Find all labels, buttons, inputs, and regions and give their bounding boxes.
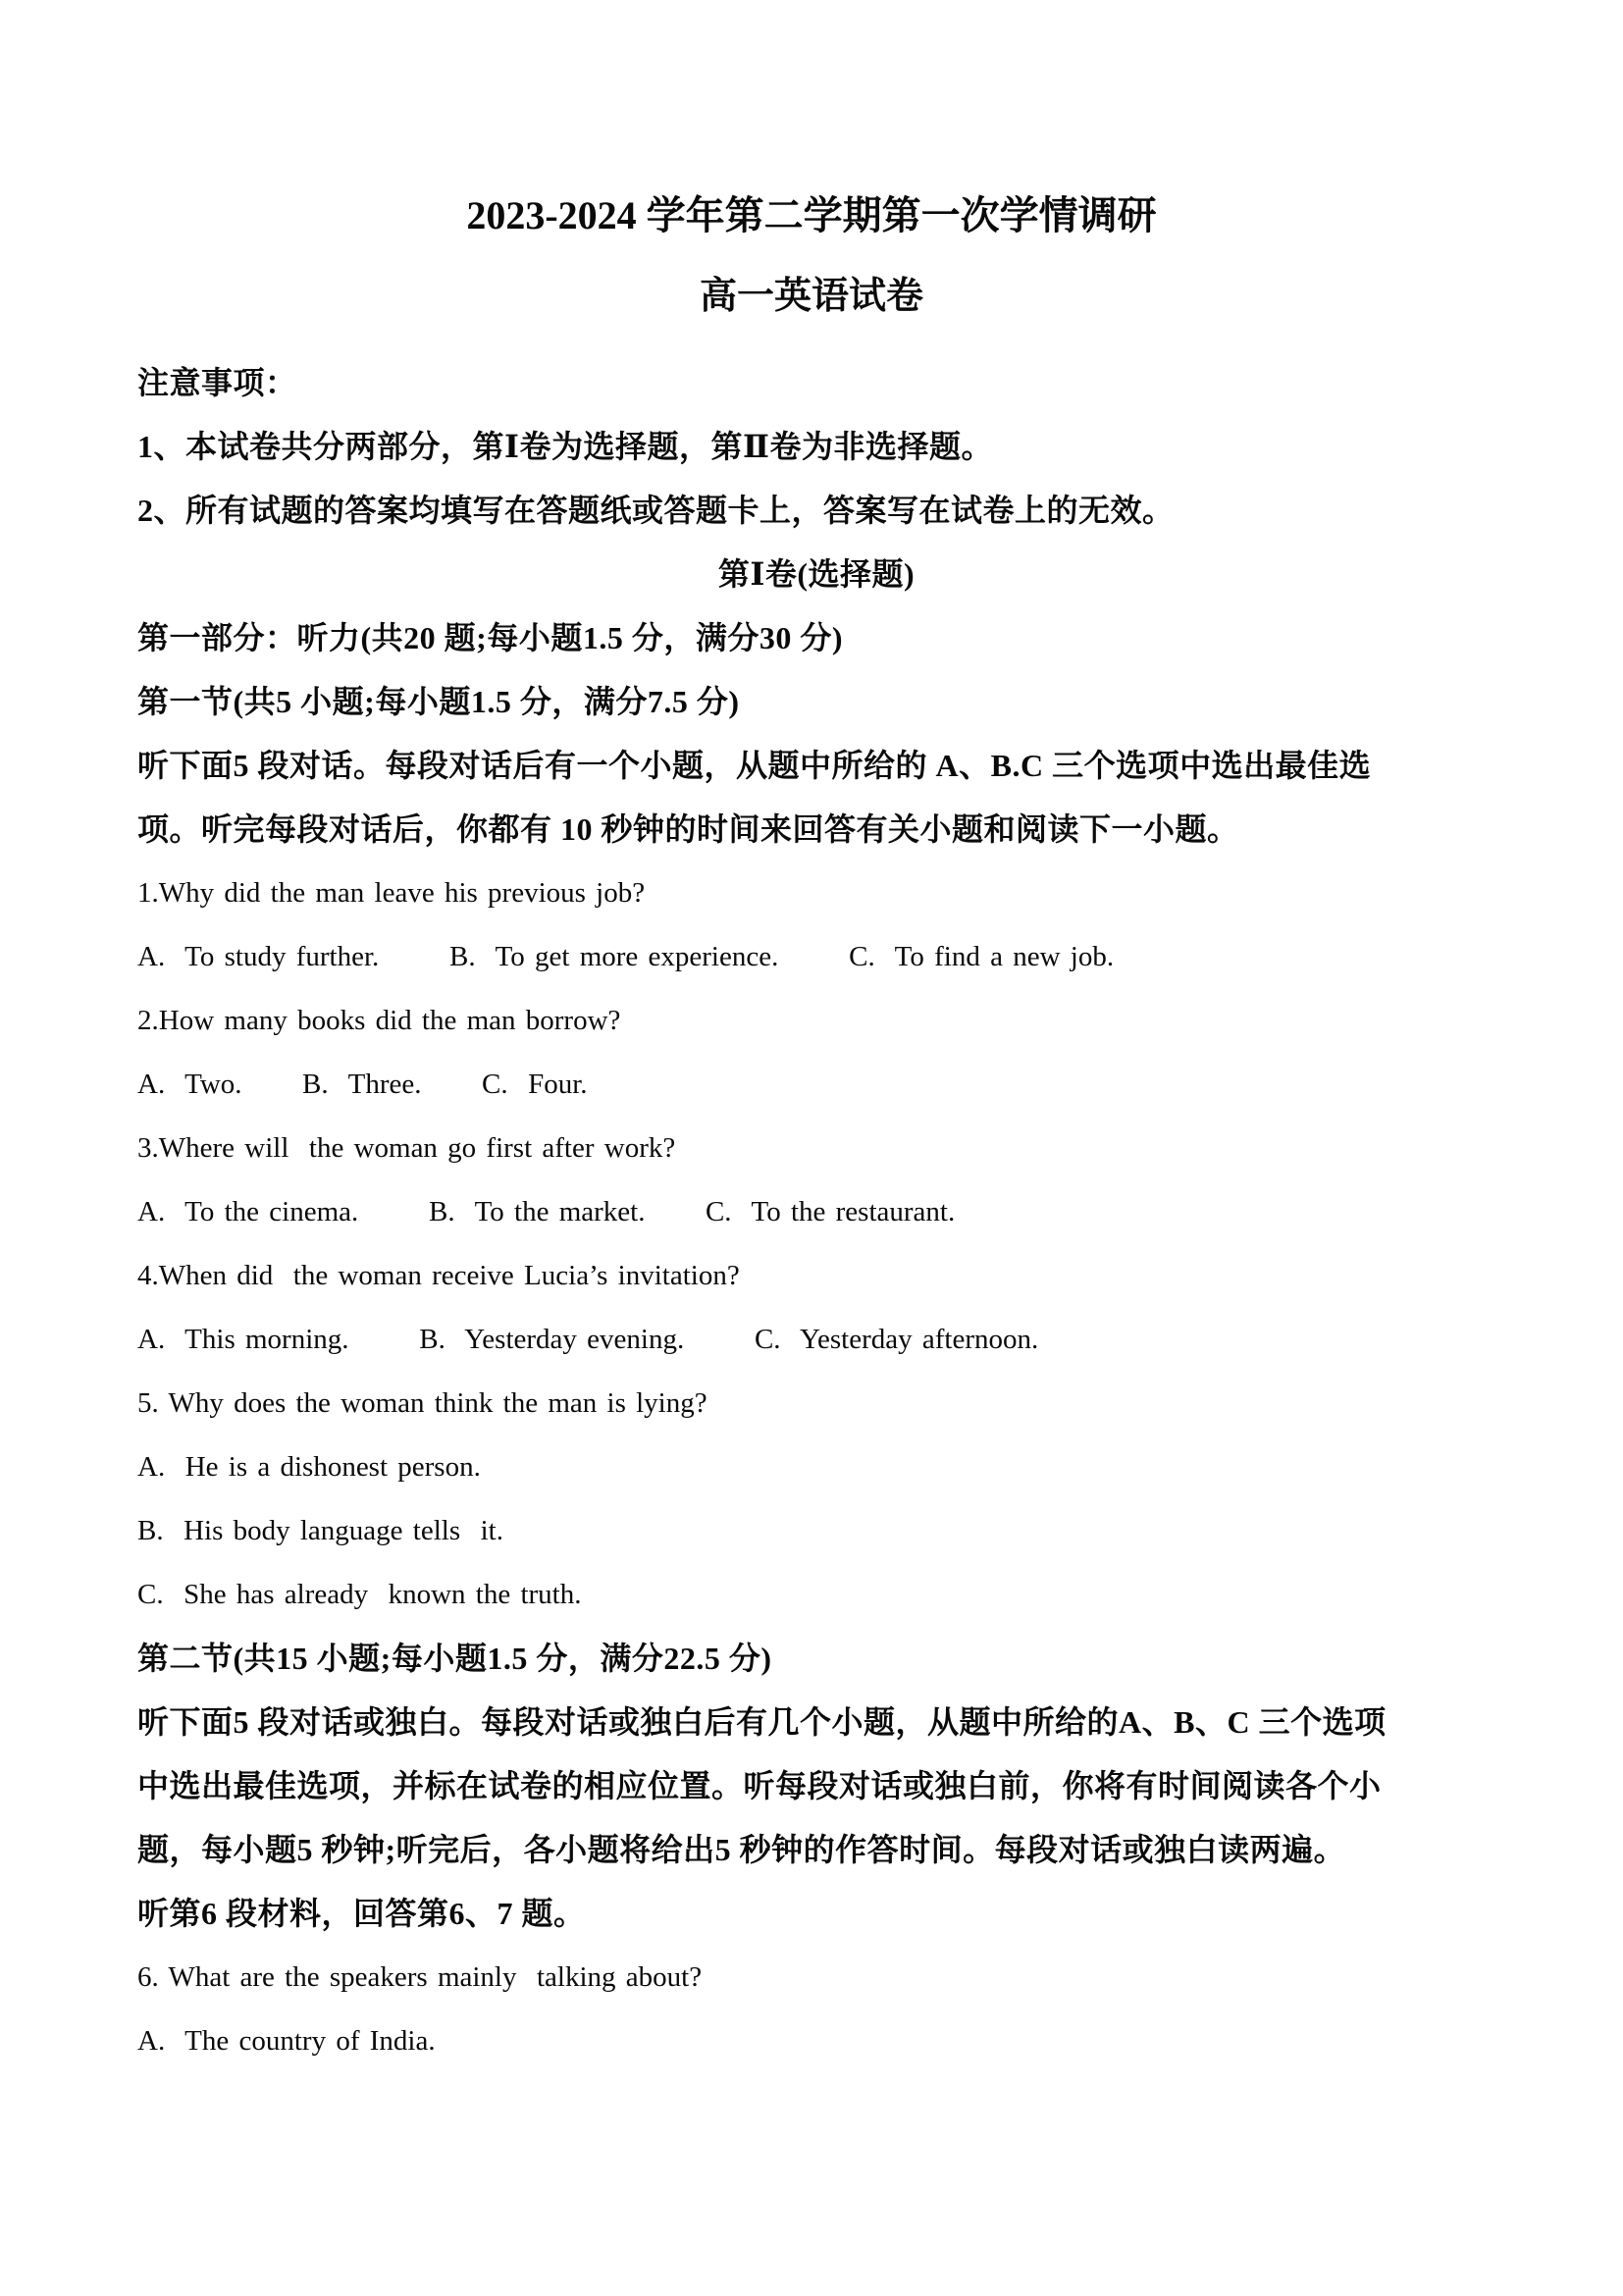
- question-3-text: 3.Where will the woman go first after wo…: [137, 1117, 1495, 1180]
- section2-heading: 第二节(共15 小题;每小题1.5 分，满分22.5 分): [137, 1627, 1495, 1691]
- notice-heading: 注意事项：: [137, 351, 1495, 415]
- question-5-text: 5. Why does the woman think the man is l…: [137, 1372, 1495, 1435]
- question-6-text: 6. What are the speakers mainly talking …: [137, 1946, 1495, 2009]
- question-5-option-c: C. She has already known the truth.: [137, 1563, 1495, 1627]
- notice-item-2: 2、所有试题的答案均填写在答题纸或答题卡上，答案写在试卷上的无效。: [137, 479, 1495, 543]
- question-3-options: A. To the cinema. B. To the market. C. T…: [137, 1180, 1495, 1244]
- notice-item-1: 1、本试卷共分两部分，第Ⅰ卷为选择题，第Ⅱ卷为非选择题。: [137, 415, 1495, 479]
- question-4-options: A. This morning. B. Yesterday evening. C…: [137, 1308, 1495, 1372]
- question-5-option-a: A. He is a dishonest person.: [137, 1435, 1495, 1499]
- section2-instructions-line3: 题，每小题5 秒钟;听完后，各小题将给出5 秒钟的作答时间。每段对话或独白读两遍…: [137, 1818, 1495, 1882]
- exam-subtitle: 高一英语试卷: [0, 271, 1623, 322]
- exam-paper-page: 2023-2024 学年第二学期第一次学情调研 高一英语试卷 注意事项： 1、本…: [0, 0, 1623, 2296]
- volume1-heading: 第Ⅰ卷(选择题): [137, 543, 1495, 606]
- section2-instructions-line1: 听下面5 段对话或独白。每段对话或独白后有几个小题，从题中所给的A、B、C 三个…: [137, 1691, 1495, 1754]
- question-4-text: 4.When did the woman receive Lucia’s inv…: [137, 1244, 1495, 1308]
- material-6-heading: 听第6 段材料，回答第6、7 题。: [137, 1882, 1495, 1946]
- question-1-options: A. To study further. B. To get more expe…: [137, 925, 1495, 989]
- question-2-options: A. Two. B. Three. C. Four.: [137, 1053, 1495, 1117]
- section1-instructions-line2: 项。听完每段对话后，你都有 10 秒钟的时间来回答有关小题和阅读下一小题。: [137, 798, 1495, 861]
- question-6-option-a: A. The country of India.: [137, 2009, 1495, 2073]
- exam-title: 2023-2024 学年第二学期第一次学情调研: [0, 0, 1623, 243]
- question-5-option-b: B. His body language tells it.: [137, 1499, 1495, 1563]
- question-2-text: 2.How many books did the man borrow?: [137, 989, 1495, 1053]
- part1-heading: 第一部分：听力(共20 题;每小题1.5 分，满分30 分): [137, 606, 1495, 670]
- section1-instructions-line1: 听下面5 段对话。每段对话后有一个小题，从题中所给的 A、B.C 三个选项中选出…: [137, 734, 1495, 798]
- section2-instructions-line2: 中选出最佳选项，并标在试卷的相应位置。听每段对话或独白前，你将有时间阅读各个小: [137, 1754, 1495, 1818]
- question-1-text: 1.Why did the man leave his previous job…: [137, 861, 1495, 925]
- section1-heading: 第一节(共5 小题;每小题1.5 分，满分7.5 分): [137, 670, 1495, 734]
